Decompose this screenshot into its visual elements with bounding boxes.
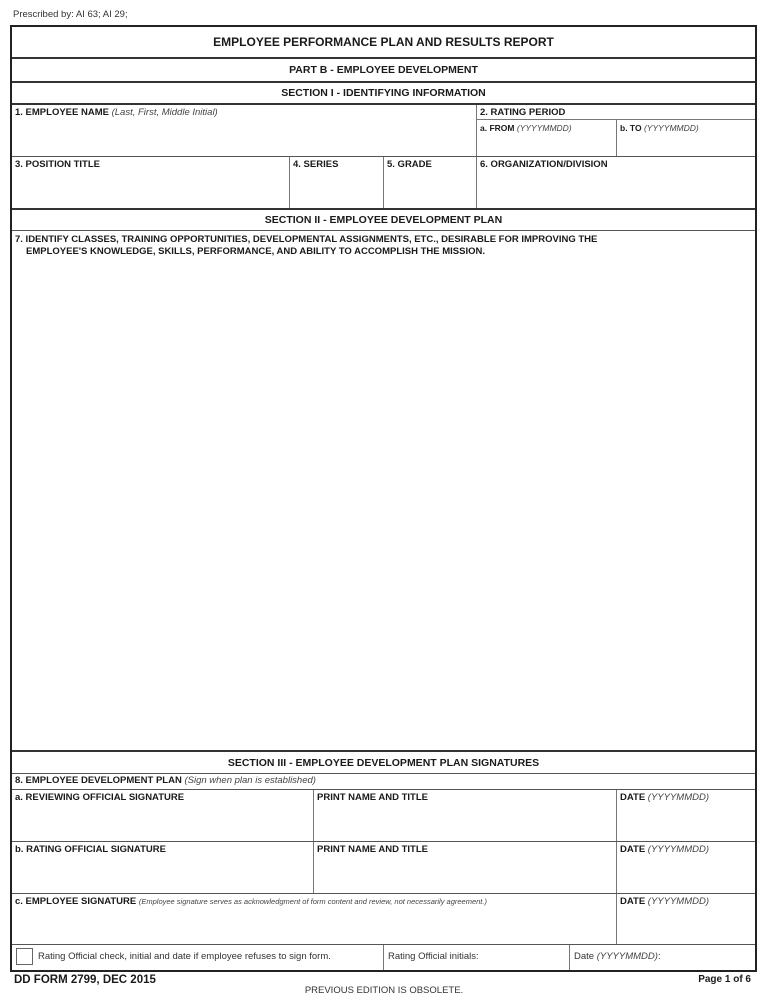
rating-date-cell: DATE (YYYYMMDD) — [617, 842, 755, 893]
reviewing-date-label: DATE (YYYYMMDD) — [620, 792, 752, 804]
grade-label: 5. GRADE — [387, 159, 473, 171]
series-cell: 4. SERIES — [290, 157, 384, 208]
rating-signature-label: b. RATING OFFICIAL SIGNATURE — [15, 844, 310, 856]
prescribed-by: Prescribed by: AI 63; AI 29; — [13, 9, 128, 20]
rating-to-label: b. TO (YYYYMMDD) — [620, 122, 752, 134]
organization-label: 6. ORGANIZATION/DIVISION — [480, 159, 752, 171]
rating-from-label: a. FROM (YYYYMMDD) — [480, 122, 613, 134]
organization-field[interactable] — [480, 171, 752, 182]
reviewing-print-name-label: PRINT NAME AND TITLE — [317, 792, 613, 804]
edition-note: PREVIOUS EDITION IS OBSOLETE. — [0, 985, 768, 996]
form-title: EMPLOYEE PERFORMANCE PLAN AND RESULTS RE… — [12, 27, 755, 59]
refusal-date-cell[interactable]: Date (YYYYMMDD): — [570, 945, 755, 970]
employee-name-cell: 1. EMPLOYEE NAME (Last, First, Middle In… — [12, 105, 477, 156]
rating-signature-cell[interactable]: b. RATING OFFICIAL SIGNATURE — [12, 842, 314, 893]
rating-to-field[interactable] — [620, 134, 752, 145]
part-heading: PART B - EMPLOYEE DEVELOPMENT — [12, 59, 755, 83]
reviewing-signature-label: a. REVIEWING OFFICIAL SIGNATURE — [15, 792, 310, 804]
employee-name-field[interactable] — [15, 119, 473, 130]
item8-row: 8. EMPLOYEE DEVELOPMENT PLAN (Sign when … — [12, 774, 755, 790]
item8-label: 8. EMPLOYEE DEVELOPMENT PLAN (Sign when … — [15, 775, 752, 787]
reviewing-signature-cell[interactable]: a. REVIEWING OFFICIAL SIGNATURE — [12, 790, 314, 841]
development-plan-area: 7. IDENTIFY CLASSES, TRAINING OPPORTUNIT… — [12, 231, 755, 752]
page-number: Page 1 of 6 — [698, 974, 751, 985]
grade-field[interactable] — [387, 171, 473, 182]
employee-date-field[interactable] — [620, 908, 752, 919]
refusal-check-cell: Rating Official check, initial and date … — [12, 945, 384, 970]
position-title-field[interactable] — [15, 171, 286, 182]
rating-official-row: b. RATING OFFICIAL SIGNATURE PRINT NAME … — [12, 842, 755, 894]
refusal-initials-cell[interactable]: Rating Official initials: — [384, 945, 570, 970]
position-row: 3. POSITION TITLE 4. SERIES 5. GRADE 6. … — [12, 157, 755, 210]
form-container: EMPLOYEE PERFORMANCE PLAN AND RESULTS RE… — [10, 25, 757, 972]
position-title-label: 3. POSITION TITLE — [15, 159, 286, 171]
employee-signature-cell[interactable]: c. EMPLOYEE SIGNATURE (Employee signatur… — [12, 894, 617, 944]
name-rating-row: 1. EMPLOYEE NAME (Last, First, Middle In… — [12, 105, 755, 157]
refusal-date-label: Date (YYYYMMDD): — [574, 951, 751, 962]
employee-name-label: 1. EMPLOYEE NAME (Last, First, Middle In… — [15, 107, 473, 119]
grade-cell: 5. GRADE — [384, 157, 477, 208]
position-title-cell: 3. POSITION TITLE — [12, 157, 290, 208]
section3-heading: SECTION III - EMPLOYEE DEVELOPMENT PLAN … — [12, 752, 755, 774]
series-field[interactable] — [293, 171, 380, 182]
rating-date-label: DATE (YYYYMMDD) — [620, 844, 752, 856]
section1-heading: SECTION I - IDENTIFYING INFORMATION — [12, 83, 755, 105]
rating-period-label: 2. RATING PERIOD — [477, 105, 755, 120]
reviewing-official-row: a. REVIEWING OFFICIAL SIGNATURE PRINT NA… — [12, 790, 755, 842]
section2-heading: SECTION II - EMPLOYEE DEVELOPMENT PLAN — [12, 210, 755, 231]
refusal-row: Rating Official check, initial and date … — [12, 945, 755, 970]
refusal-checkbox-label: Rating Official check, initial and date … — [38, 951, 380, 962]
rating-period-cell: 2. RATING PERIOD a. FROM (YYYYMMDD) b. T… — [477, 105, 755, 156]
organization-cell: 6. ORGANIZATION/DIVISION — [477, 157, 755, 208]
employee-date-label: DATE (YYYYMMDD) — [620, 896, 752, 908]
reviewing-print-name-cell: PRINT NAME AND TITLE — [314, 790, 617, 841]
item7-label-line2: EMPLOYEE'S KNOWLEDGE, SKILLS, PERFORMANC… — [15, 246, 752, 258]
rating-from-field[interactable] — [480, 134, 613, 145]
refusal-initials-label: Rating Official initials: — [388, 951, 565, 962]
reviewing-date-field[interactable] — [620, 804, 752, 815]
item7-label-line1: 7. IDENTIFY CLASSES, TRAINING OPPORTUNIT… — [15, 234, 752, 246]
rating-print-name-label: PRINT NAME AND TITLE — [317, 844, 613, 856]
employee-signature-label: c. EMPLOYEE SIGNATURE (Employee signatur… — [15, 896, 613, 908]
employee-signature-row: c. EMPLOYEE SIGNATURE (Employee signatur… — [12, 894, 755, 945]
series-label: 4. SERIES — [293, 159, 380, 171]
rating-from-cell: a. FROM (YYYYMMDD) — [477, 120, 617, 156]
refusal-checkbox[interactable] — [16, 948, 33, 965]
reviewing-print-name-field[interactable] — [317, 804, 613, 815]
rating-print-name-field[interactable] — [317, 856, 613, 867]
employee-date-cell: DATE (YYYYMMDD) — [617, 894, 755, 944]
development-plan-textarea[interactable] — [15, 258, 752, 743]
reviewing-date-cell: DATE (YYYYMMDD) — [617, 790, 755, 841]
rating-to-cell: b. TO (YYYYMMDD) — [617, 120, 755, 156]
rating-date-field[interactable] — [620, 856, 752, 867]
rating-print-name-cell: PRINT NAME AND TITLE — [314, 842, 617, 893]
